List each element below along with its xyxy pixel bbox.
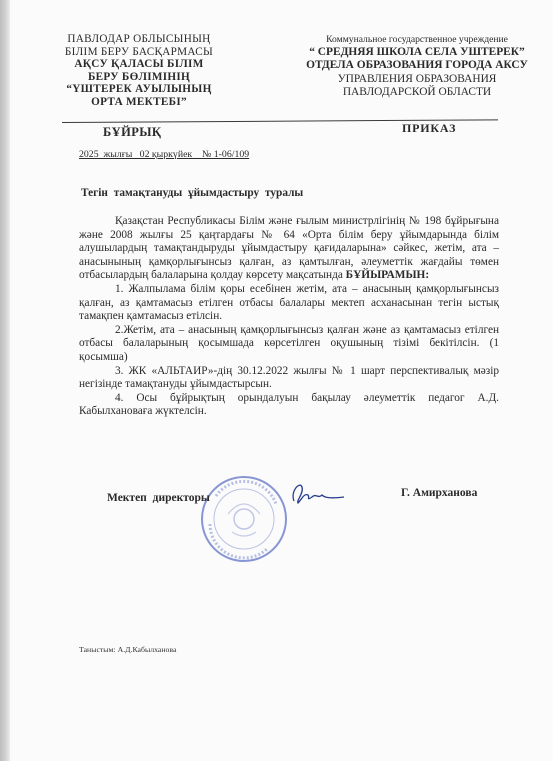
order-label-kz: БҰЙРЫҚ [103, 125, 161, 140]
header-left-line: БІЛІМ БЕРУ БАСҚАРМАСЫ [44, 46, 234, 59]
order-word: БҰЙЫРАМЫН: [346, 269, 429, 281]
header-left-line: “ҮШТЕРЕК АУЫЛЫНЫҢ [44, 83, 234, 96]
document-title: Тегін тамақтануды ұйымдастыру туралы [81, 187, 303, 199]
header-right-line: ПАВЛОДАРСКОЙ ОБЛАСТИ [292, 86, 542, 99]
signature-position: Мектеп директоры [107, 492, 210, 504]
signature-mark-icon [288, 479, 348, 509]
order-date-number: 2025 жылғы 02 қыркүйек № 1-06/109 [79, 149, 249, 160]
order-label-ru: ПРИКАЗ [402, 121, 456, 136]
header-left-kz: ПАВЛОДАР ОБЛЫСЫНЫҢ БІЛІМ БЕРУ БАСҚАРМАСЫ… [44, 33, 234, 109]
header-left-line: ПАВЛОДАР ОБЛЫСЫНЫҢ [44, 33, 234, 46]
acknowledgement-line: Таныстым: А.Д.Кабылханова [79, 645, 176, 654]
signature-name: Г. Амирханова [401, 487, 477, 499]
header-left-line: ОРТА МЕКТЕБІ” [44, 96, 234, 109]
preamble-text: Қазақстан Республикасы Білім және ғылым … [79, 215, 499, 281]
official-stamp-icon [198, 474, 290, 564]
preamble-paragraph: Қазақстан Республикасы Білім және ғылым … [79, 215, 499, 283]
header-right-ru: Коммунальное государственное учреждение … [292, 33, 542, 99]
document-body: Қазақстан Республикасы Білім және ғылым … [79, 215, 499, 419]
header-left-line: БЕРУ БӨЛІМІНІҢ [44, 71, 234, 84]
order-item-3: 3. ЖК «АЛЬТАИР»-дің 30.12.2022 жылғы № 1… [79, 365, 499, 392]
order-item-2: 2.Жетім, ата – анасының қамқорлығынсыз қ… [79, 324, 499, 365]
order-item-1: 1. Жалпылама білім қоры есебінен жетім, … [79, 283, 499, 324]
header-right-line: ОТДЕЛА ОБРАЗОВАНИЯ ГОРОДА АКСУ [292, 59, 542, 72]
header-left-line: АҚСУ ҚАЛАСЫ БІЛІМ [44, 58, 234, 71]
header-right-line: Коммунальное государственное учреждение [292, 33, 542, 46]
header-right-line: УПРАВЛЕНИЯ ОБРАЗОВАНИЯ [292, 73, 542, 86]
header-right-line: “ СРЕДНЯЯ ШКОЛА СЕЛА УШТЕРЕК” [292, 46, 542, 59]
order-item-4: 4. Осы бұйрықтың орындалуын бақылау әлеу… [79, 392, 499, 419]
scan-margin [0, 0, 10, 761]
